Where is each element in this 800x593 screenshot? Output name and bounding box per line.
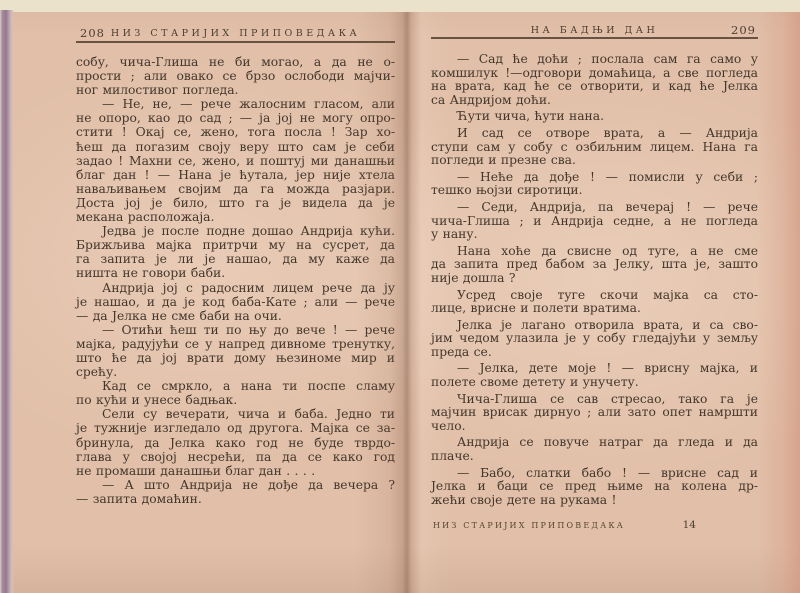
text-line: И сад се отворе врата, а — Андрија xyxy=(431,127,758,141)
text-line: тешко њојзи сиротици. xyxy=(431,184,758,198)
text-line: по кући и унесе бадњак. xyxy=(76,393,395,407)
paragraph: — Неће да дође ! — помисли у себи ;тешко… xyxy=(431,171,758,198)
text-line: Доста јој је било, што га је видела да ј… xyxy=(76,196,395,210)
paragraph: — Јелка, дете моје ! — врисну мајка, ипо… xyxy=(431,362,758,389)
right-page-footer: НИЗ СТАРИЈИХ ПРИПОВЕДАКА 14 xyxy=(431,519,758,533)
text-line: Сели су вечерати, чича и баба. Једно ти xyxy=(76,407,395,421)
text-line: са Андријом доћи. xyxy=(431,94,758,108)
text-line: наваљивањем својим да га можда разјари. xyxy=(76,182,395,196)
text-line: задао ! Махни се, жено, и поштуј ми дана… xyxy=(76,154,395,168)
page-edge-right xyxy=(758,12,800,593)
text-line: да запита пред бабом за Јелку, шта је, з… xyxy=(431,258,758,272)
text-line: — Не, не, — рече жалосним гласом, али xyxy=(76,97,395,111)
left-running-title: НИЗ СТАРИЈИХ ПРИПОВЕДАКА xyxy=(76,26,395,39)
paragraph: — А што Андрија не дође да вечера ?— зап… xyxy=(76,478,395,506)
text-line: га запита је ли је нашао, да му каже да xyxy=(76,252,395,266)
text-line: ступи сам у собу с озбиљним лицем. Нана … xyxy=(431,141,758,155)
paragraph: И сад се отворе врата, а — Андријаступи … xyxy=(431,127,758,168)
text-line: глава у својој несрећи, па да се како го… xyxy=(76,450,395,464)
right-page-header: НА БАДЊИ ДАН 209 xyxy=(431,23,758,38)
text-line: није дошла ? xyxy=(431,272,758,286)
text-line: — Сад ће доћи ; послала сам га само у xyxy=(431,53,758,67)
text-line: комшилук !—одговори домаћица, а све погл… xyxy=(431,67,758,81)
text-line: преда се. xyxy=(431,346,758,360)
text-line: — да Јелка не сме баби на очи. xyxy=(76,309,395,323)
paragraph: Усред своје туге скочи мајка са сто-лице… xyxy=(431,289,758,316)
right-header-rule xyxy=(431,37,758,39)
paragraph: Јелка је лагано отворила врата, и са сво… xyxy=(431,319,758,360)
text-line: Кад се смркло, а нана ти поспе сламу xyxy=(76,379,395,393)
left-page-header: 208 НИЗ СТАРИЈИХ ПРИПОВЕДАКА xyxy=(76,26,395,41)
paragraph: Сели су вечерати, чича и баба. Једно тиј… xyxy=(76,407,395,477)
text-line: не промаши данашњи благ дан . . . . xyxy=(76,464,395,478)
paragraph: Чича-Глиша се сав стресао, тако га јемај… xyxy=(431,393,758,434)
text-line: плаче. xyxy=(431,450,758,464)
right-body-text: — Сад ће доћи ; послала сам га само уком… xyxy=(431,53,758,510)
text-line: благ дан ! — Нана је ћутала, јер није хт… xyxy=(76,168,395,182)
text-line: је тужније изгледало од другога. Мајка с… xyxy=(76,421,395,435)
paragraph: — Седи, Андрија, па вечерај ! — речечича… xyxy=(431,201,758,242)
paragraph: Нана хоће да свисне од туге, а не смеда … xyxy=(431,245,758,286)
text-line: је нашао, и да је код баба-Кате ; али — … xyxy=(76,295,395,309)
paragraph: Једва је после подне дошао Андрија кући.… xyxy=(76,224,395,280)
paragraph: Кад се смркло, а нана ти поспе сламупо к… xyxy=(76,379,395,407)
text-line: прости ; али овако се брзо ослободи мајч… xyxy=(76,69,395,83)
paragraph: — Отићи ћеш ти по њу до вече ! — речемај… xyxy=(76,323,395,379)
text-line: не опоро, као до сад ; — ја јој не могу … xyxy=(76,111,395,125)
text-line: мајчин врисак дирнуо ; али зато опет нам… xyxy=(431,406,758,420)
text-line: мајка, радујући се у напред дивноме трен… xyxy=(76,337,395,351)
text-line: ног милостивог погледа. xyxy=(76,83,395,97)
text-line: стити ! Окај се, жено, тога посла ! Зар … xyxy=(76,125,395,139)
text-line: — Отићи ћеш ти по њу до вече ! — рече xyxy=(76,323,395,337)
text-line: погледи и презне сва. xyxy=(431,154,758,168)
text-line: Брижљива мајка притрчи му на сусрет, да xyxy=(76,238,395,252)
right-running-title: НА БАДЊИ ДАН xyxy=(431,23,758,36)
text-line: полете своме детету и унучету. xyxy=(431,376,758,390)
paragraph: — Не, не, — рече жалосним гласом, алине … xyxy=(76,97,395,224)
text-line: собу, чича-Глиша не би могао, а да не о- xyxy=(76,55,395,69)
text-line: — Седи, Андрија, па вечерај ! — рече xyxy=(431,201,758,215)
text-line: жећи своје дете на рукама ! xyxy=(431,494,758,508)
text-line: чело. xyxy=(431,420,758,434)
book-cover-edge xyxy=(0,10,14,593)
left-page-number: 208 xyxy=(80,26,105,40)
paragraph: Андрија јој с радосним лицем рече да јуј… xyxy=(76,281,395,323)
text-line: Јелка је лагано отворила врата, и са сво… xyxy=(431,319,758,333)
text-line: мекана расположаја. xyxy=(76,210,395,224)
left-body-text: собу, чича-Глиша не би могао, а да не о-… xyxy=(76,55,395,506)
text-line: лице, врисне и полети вратима. xyxy=(431,302,758,316)
text-line: — Бабо, слатки бабо ! — врисне сад и xyxy=(431,467,758,481)
text-line: на врата, кад ће се отворити, и кад ће Ј… xyxy=(431,80,758,94)
footer-series-title: НИЗ СТАРИЈИХ ПРИПОВЕДАКА xyxy=(433,521,625,530)
text-line: јим чедом улазила је у собу гледајући у … xyxy=(431,332,758,346)
paragraph: — Сад ће доћи ; послала сам га само уком… xyxy=(431,53,758,107)
text-line: Андрија се повуче натраг да гледа и да xyxy=(431,436,758,450)
text-line: Чича-Глиша се сав стресао, тако га је xyxy=(431,393,758,407)
left-page: 208 НИЗ СТАРИЈИХ ПРИПОВЕДАКА собу, чича-… xyxy=(76,0,395,593)
text-line: Андрија јој с радосним лицем рече да ју xyxy=(76,281,395,295)
right-page-number: 209 xyxy=(731,23,756,37)
text-line: — Јелка, дете моје ! — врисну мајка, и xyxy=(431,362,758,376)
text-line: Ћути чича, ћути нана. xyxy=(431,110,758,124)
paragraph: — Бабо, слатки бабо ! — врисне сад иЈелк… xyxy=(431,467,758,508)
left-header-rule xyxy=(76,41,395,43)
text-line: — А што Андрија не дође да вечера ? xyxy=(76,478,395,492)
text-line: бринула, да Јелка како год не буде тврдо… xyxy=(76,436,395,450)
book-scan: 208 НИЗ СТАРИЈИХ ПРИПОВЕДАКА собу, чича-… xyxy=(0,0,800,593)
text-line: што ће да јој врати дому њезиноме мир и xyxy=(76,351,395,365)
text-line: — Неће да дође ! — помисли у себи ; xyxy=(431,171,758,185)
text-line: у нану. xyxy=(431,228,758,242)
text-line: срећу. xyxy=(76,365,395,379)
text-line: чича-Глиша ; и Андрија седне, а не погле… xyxy=(431,215,758,229)
right-page: НА БАДЊИ ДАН 209 — Сад ће доћи ; послала… xyxy=(431,0,758,593)
text-line: Једва је после подне дошао Андрија кући. xyxy=(76,224,395,238)
text-line: Нана хоће да свисне од туге, а не сме xyxy=(431,245,758,259)
text-line: — запита домаћин. xyxy=(76,492,395,506)
footer-signature-number: 14 xyxy=(683,519,696,531)
text-line: ћеш да погазим своју веру што сам је себ… xyxy=(76,140,395,154)
paragraph: собу, чича-Глиша не би могао, а да не о-… xyxy=(76,55,395,97)
text-line: Јелка и баци се пред њиме на колена др- xyxy=(431,480,758,494)
paragraph: Ћути чича, ћути нана. xyxy=(431,110,758,124)
text-line: Усред своје туге скочи мајка са сто- xyxy=(431,289,758,303)
paragraph: Андрија се повуче натраг да гледа и дапл… xyxy=(431,436,758,463)
text-line: ништа не говори баби. xyxy=(76,266,395,280)
